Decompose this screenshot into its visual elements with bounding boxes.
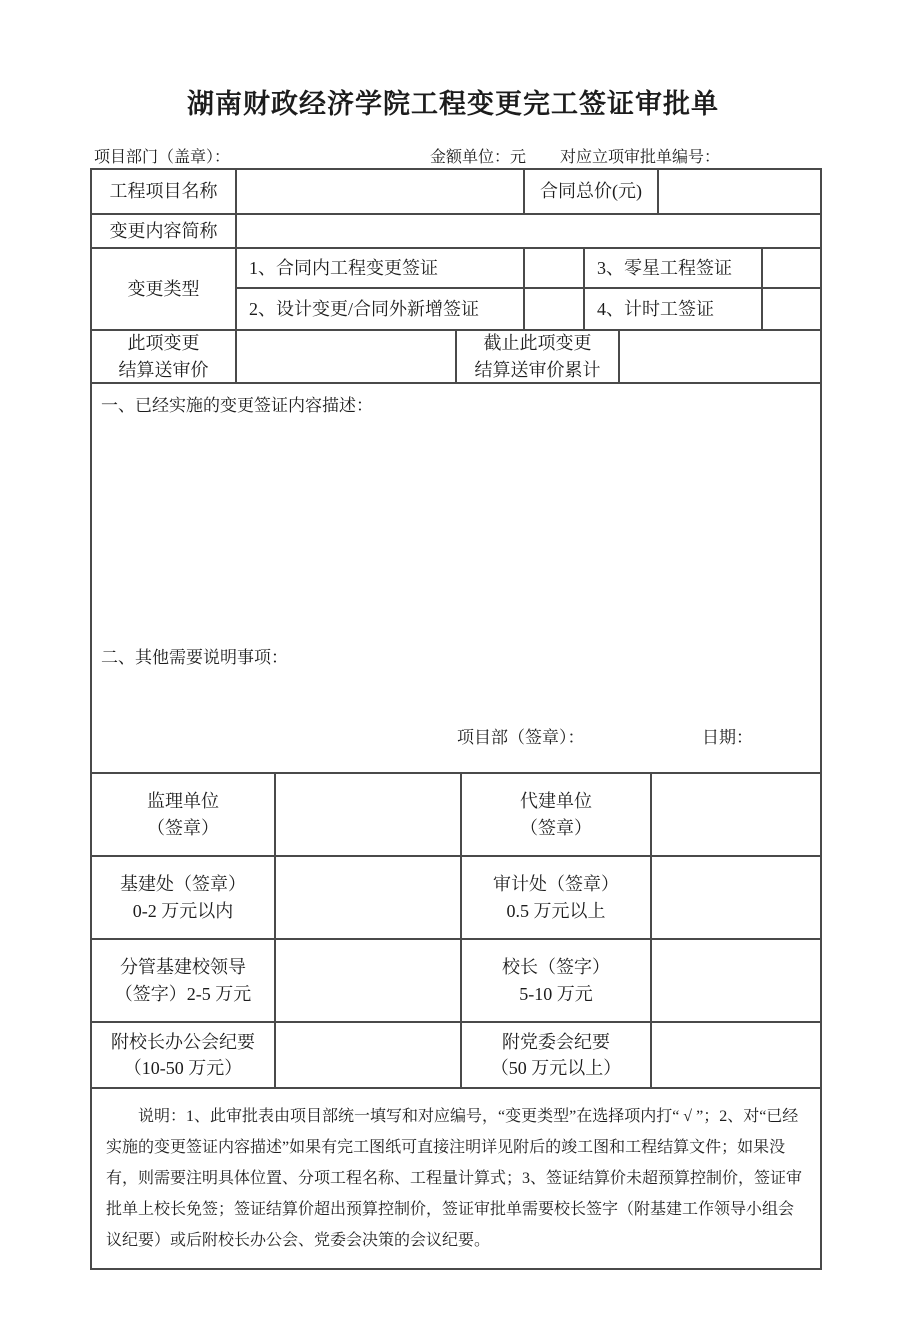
- agent-unit-label-line1: 代建单位: [520, 788, 592, 814]
- audit-office-sign-field[interactable]: [652, 857, 820, 938]
- supervisor-unit-label-line2: （签章）: [147, 815, 219, 841]
- amount-unit-label: 金额单位：元: [430, 144, 526, 167]
- meta-row: 项目部门（盖章）： 金额单位：元 对应立项审批单编号：: [90, 144, 822, 166]
- form-page: 湖南财政经济学院工程变更完工签证审批单 项目部门（盖章）： 金额单位：元 对应立…: [0, 0, 906, 1336]
- change-summary-label: 变更内容简称: [92, 215, 237, 247]
- date-label: 日期：: [702, 726, 753, 751]
- table-row-settlement: 此项变更 结算送审价 截止此项变更 结算送审价累计: [92, 331, 820, 384]
- vice-leader-label-line1: 分管基建校领导: [120, 954, 246, 980]
- description-section1-label: 一、已经实施的变更签证内容描述：: [101, 394, 373, 419]
- infrastructure-office-label-line2: 0-2 万元以内: [133, 898, 234, 924]
- table-row-infrastructure: 基建处（签章） 0-2 万元以内 审计处（签章） 0.5 万元以上: [92, 857, 820, 940]
- president-sign-field[interactable]: [652, 940, 820, 1021]
- settlement-price-label-line2: 结算送审价: [119, 357, 209, 383]
- infrastructure-office-sign-field[interactable]: [276, 857, 462, 938]
- president-meeting-minutes-label: 附校长办公会纪要 （10-50 万元）: [92, 1023, 276, 1087]
- project-name-field[interactable]: [237, 170, 525, 213]
- change-type-option-2-label: 2、设计变更/合同外新增签证: [237, 289, 525, 329]
- agent-unit-label: 代建单位 （签章）: [462, 774, 652, 855]
- settlement-price-label-line1: 此项变更: [128, 331, 200, 357]
- agent-unit-label-line2: （签章）: [520, 815, 592, 841]
- settlement-price-label: 此项变更 结算送审价: [92, 331, 237, 382]
- settlement-price-field[interactable]: [237, 331, 457, 382]
- agent-unit-sign-field[interactable]: [652, 774, 820, 855]
- notes-text: 说明：1、此审批表由项目部统一填写和对应编号，“变更类型”在选择项内打“ √ ”…: [92, 1089, 820, 1268]
- table-row-supervisor: 监理单位 （签章） 代建单位 （签章）: [92, 774, 820, 857]
- supervisor-unit-label-line1: 监理单位: [147, 788, 219, 814]
- audit-office-label-line1: 审计处（签章）: [493, 871, 619, 897]
- infrastructure-office-label-line1: 基建处（签章）: [120, 871, 246, 897]
- project-dept-sign-label: 项目部（签章）：: [457, 726, 585, 751]
- settlement-cumulative-field[interactable]: [620, 331, 820, 382]
- party-committee-minutes-label-line2: （50 万元以上）: [491, 1055, 622, 1081]
- change-type-label: 变更类型: [92, 249, 237, 329]
- president-label-line1: 校长（签字）: [502, 954, 610, 980]
- table-row-vice-leader: 分管基建校领导 （签字）2-5 万元 校长（签字） 5-10 万元: [92, 940, 820, 1023]
- project-dept-label: 项目部门（盖章）：: [94, 144, 230, 167]
- vice-leader-sign-field[interactable]: [276, 940, 462, 1021]
- change-type-subrow-1: 1、合同内工程变更签证 3、零星工程签证: [237, 249, 820, 289]
- change-type-subrow-2: 2、设计变更/合同外新增签证 4、计时工签证: [237, 289, 820, 329]
- change-type-option-4-label: 4、计时工签证: [585, 289, 763, 329]
- vice-leader-label: 分管基建校领导 （签字）2-5 万元: [92, 940, 276, 1021]
- contract-total-field[interactable]: [659, 170, 820, 213]
- change-type-option-2-checkbox[interactable]: [525, 289, 585, 329]
- infrastructure-office-label: 基建处（签章） 0-2 万元以内: [92, 857, 276, 938]
- approval-form-table: 工程项目名称 合同总价(元) 变更内容简称 变更类型 1、合同内工程变更签证 3…: [90, 168, 822, 1270]
- table-row-description: 一、已经实施的变更签证内容描述： 二、其他需要说明事项： 项目部（签章）： 日期…: [92, 384, 820, 774]
- change-type-option-1-checkbox[interactable]: [525, 249, 585, 287]
- audit-office-label: 审计处（签章） 0.5 万元以上: [462, 857, 652, 938]
- project-name-label: 工程项目名称: [92, 170, 237, 213]
- president-label-line2: 5-10 万元: [519, 981, 593, 1007]
- settlement-cumulative-label: 截止此项变更 结算送审价累计: [457, 331, 620, 382]
- supervisor-unit-sign-field[interactable]: [276, 774, 462, 855]
- approval-no-label: 对应立项审批单编号：: [560, 144, 720, 167]
- table-row-project-name: 工程项目名称 合同总价(元): [92, 170, 820, 215]
- audit-office-label-line2: 0.5 万元以上: [507, 898, 606, 924]
- table-row-change-summary: 变更内容简称: [92, 215, 820, 249]
- president-meeting-minutes-label-line1: 附校长办公会纪要: [111, 1029, 255, 1055]
- settlement-cumulative-label-line1: 截止此项变更: [484, 331, 592, 357]
- change-type-option-3-label: 3、零星工程签证: [585, 249, 763, 287]
- change-type-option-3-checkbox[interactable]: [763, 249, 820, 287]
- table-row-meeting-minutes: 附校长办公会纪要 （10-50 万元） 附党委会纪要 （50 万元以上）: [92, 1023, 820, 1089]
- page-title: 湖南财政经济学院工程变更完工签证审批单: [0, 82, 906, 121]
- president-meeting-minutes-field[interactable]: [276, 1023, 462, 1087]
- table-row-notes: 说明：1、此审批表由项目部统一填写和对应编号，“变更类型”在选择项内打“ √ ”…: [92, 1089, 820, 1268]
- description-section2-label: 二、其他需要说明事项：: [101, 646, 288, 671]
- change-type-options: 1、合同内工程变更签证 3、零星工程签证 2、设计变更/合同外新增签证 4、计时…: [237, 249, 820, 329]
- change-type-option-1-label: 1、合同内工程变更签证: [237, 249, 525, 287]
- description-cell[interactable]: 一、已经实施的变更签证内容描述： 二、其他需要说明事项： 项目部（签章）： 日期…: [92, 384, 820, 772]
- change-summary-field[interactable]: [237, 215, 820, 247]
- party-committee-minutes-field[interactable]: [652, 1023, 820, 1087]
- change-type-option-4-checkbox[interactable]: [763, 289, 820, 329]
- contract-total-label: 合同总价(元): [525, 170, 659, 213]
- supervisor-unit-label: 监理单位 （签章）: [92, 774, 276, 855]
- party-committee-minutes-label-line1: 附党委会纪要: [502, 1029, 610, 1055]
- president-label: 校长（签字） 5-10 万元: [462, 940, 652, 1021]
- party-committee-minutes-label: 附党委会纪要 （50 万元以上）: [462, 1023, 652, 1087]
- settlement-cumulative-label-line2: 结算送审价累计: [475, 357, 601, 383]
- table-row-change-type: 变更类型 1、合同内工程变更签证 3、零星工程签证 2、设计变更/合同外新增签证…: [92, 249, 820, 331]
- president-meeting-minutes-label-line2: （10-50 万元）: [124, 1055, 243, 1081]
- vice-leader-label-line2: （签字）2-5 万元: [115, 981, 252, 1007]
